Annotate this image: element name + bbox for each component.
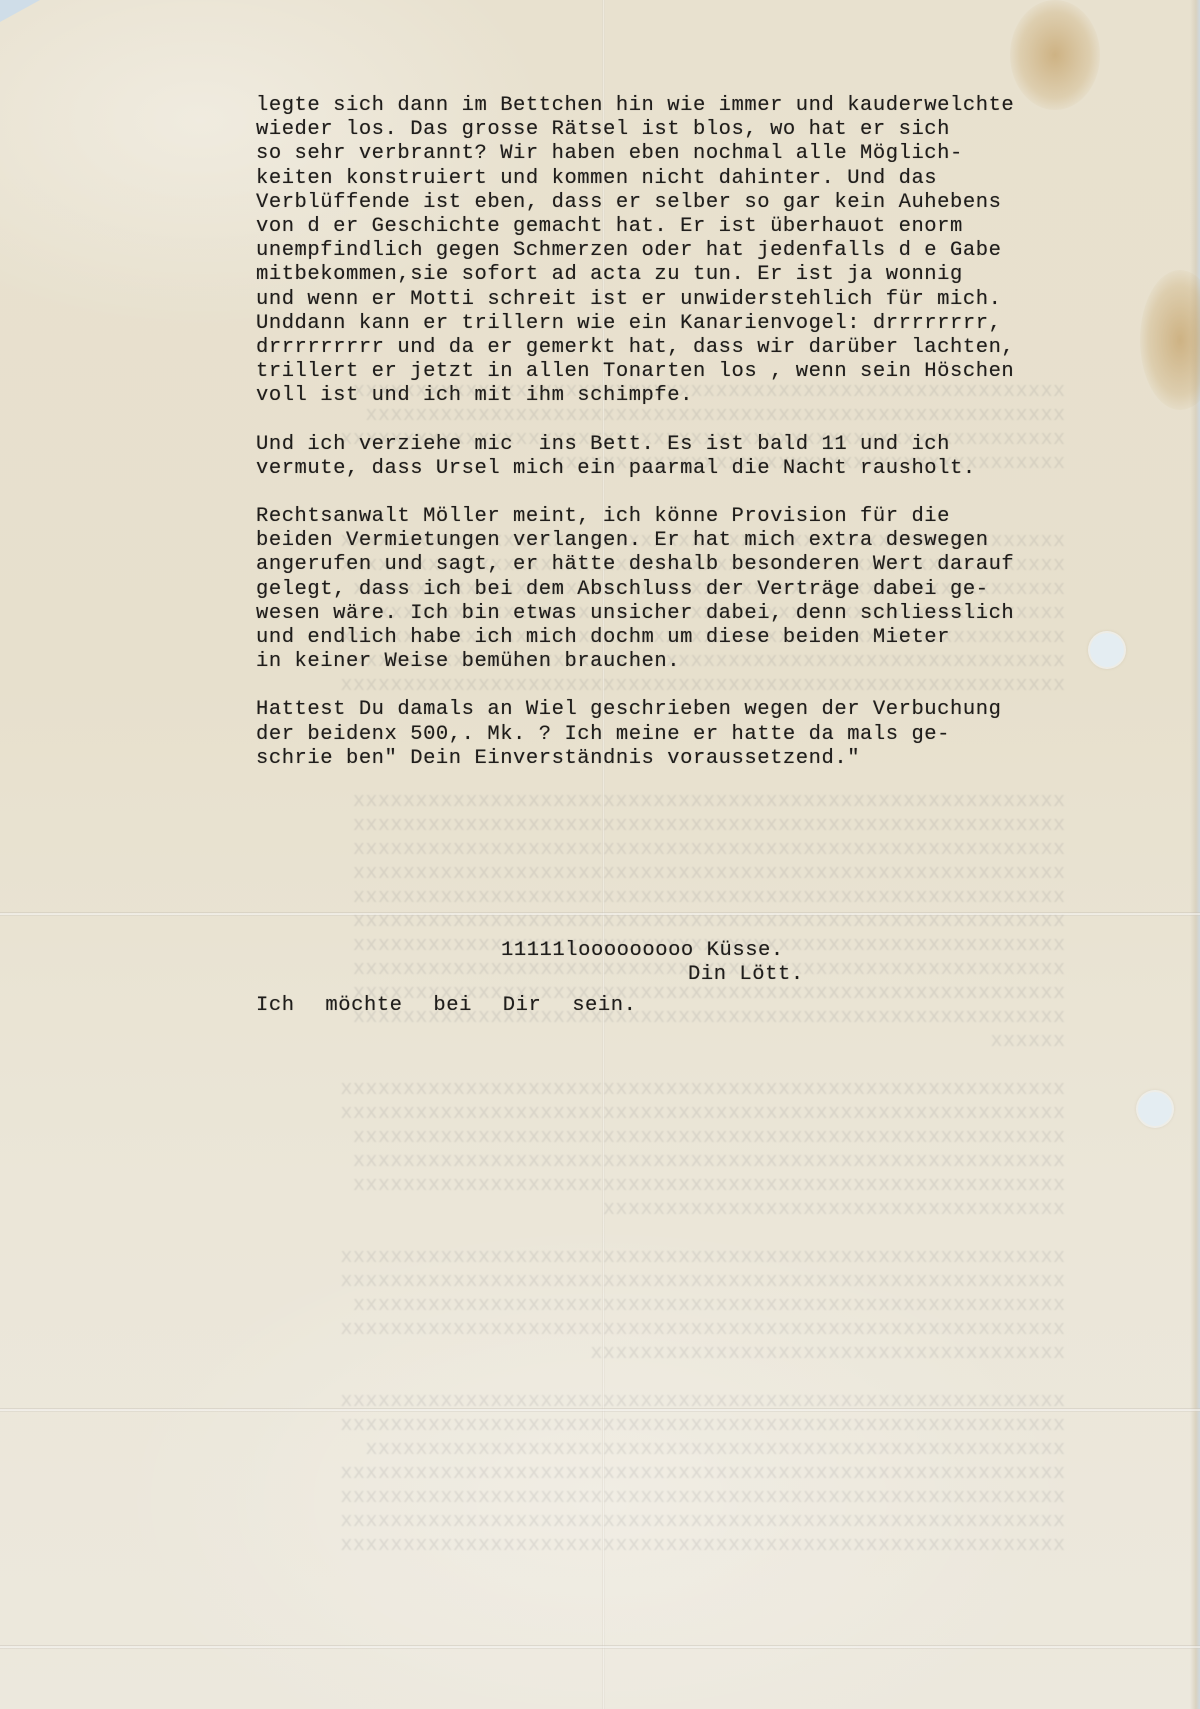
text-line: von d er Geschichte gemacht hat. Er ist … <box>256 215 1156 239</box>
text-line: angerufen und sagt, er hätte deshalb bes… <box>256 553 1156 577</box>
text-line: trillert er jetzt in allen Tonarten los … <box>256 360 1156 384</box>
text-line: vermute, dass Ursel mich ein paarmal die… <box>256 457 1156 481</box>
paragraph-4: Hattest Du damals an Wiel geschrieben we… <box>256 698 1156 771</box>
bleed-through-text: xxxxxxxxxxxxxxxxxxxxxxxxxxxxxxxxxxxxxxxx… <box>235 790 1065 1558</box>
text-line: der beidenx 500,. Mk. ? Ich meine er hat… <box>256 723 1156 747</box>
paragraph-3: Rechtsanwalt Möller meint, ich könne Pro… <box>256 505 1156 674</box>
text-line: Hattest Du damals an Wiel geschrieben we… <box>256 698 1156 722</box>
closing-kisses: 11111looooooooo Küsse. <box>501 939 784 963</box>
paragraph-1: legte sich dann im Bettchen hin wie imme… <box>256 94 1156 409</box>
paragraph-2: Und ich verziehe mic ins Bett. Es ist ba… <box>256 433 1156 481</box>
text-line: keiten konstruiert und kommen nicht dahi… <box>256 167 1156 191</box>
text-line: Und ich verziehe mic ins Bett. Es ist ba… <box>256 433 1156 457</box>
text-line: beiden Vermietungen verlangen. Er hat mi… <box>256 529 1156 553</box>
text-line: Unddann kann er trillern wie ein Kanarie… <box>256 312 1156 336</box>
postscript: Ich möchte bei Dir sein. <box>256 994 636 1018</box>
text-line: legte sich dann im Bettchen hin wie imme… <box>256 94 1156 118</box>
text-line: Rechtsanwalt Möller meint, ich könne Pro… <box>256 505 1156 529</box>
text-line: drrrrrrrrr und da er gemerkt hat, dass w… <box>256 336 1156 360</box>
text-line: wieder los. Das grosse Rätsel ist blos, … <box>256 118 1156 142</box>
text-line: schrie ben" Dein Einverständnis vorausse… <box>256 747 1156 771</box>
text-line: mitbekommen,sie sofort ad acta zu tun. E… <box>256 263 1156 287</box>
text-line: und endlich habe ich mich dochm um diese… <box>256 626 1156 650</box>
horizontal-fold-line <box>0 1645 1200 1649</box>
letter-body: legte sich dann im Bettchen hin wie imme… <box>256 94 1156 771</box>
text-line: wesen wäre. Ich bin etwas unsicher dabei… <box>256 602 1156 626</box>
scan-background-corner <box>0 0 40 22</box>
signature: Din Lött. <box>688 963 804 987</box>
letter-page: xxxxxxxxxxxxxxxxxxxxxxxxxxxxxxxxxxxxxxxx… <box>0 0 1200 1709</box>
text-line: Verblüffende ist eben, dass er selber so… <box>256 191 1156 215</box>
text-line: gelegt, dass ich bei dem Abschluss der V… <box>256 578 1156 602</box>
text-line: und wenn er Motti schreit ist er unwider… <box>256 288 1156 312</box>
text-line: so sehr verbrannt? Wir haben eben nochma… <box>256 142 1156 166</box>
paper-edge <box>1190 0 1200 1709</box>
punch-hole <box>1138 1092 1172 1126</box>
text-line: in keiner Weise bemühen brauchen. <box>256 650 1156 674</box>
text-line: unempfindlich gegen Schmerzen oder hat j… <box>256 239 1156 263</box>
text-line: voll ist und ich mit ihm schimpfe. <box>256 384 1156 408</box>
